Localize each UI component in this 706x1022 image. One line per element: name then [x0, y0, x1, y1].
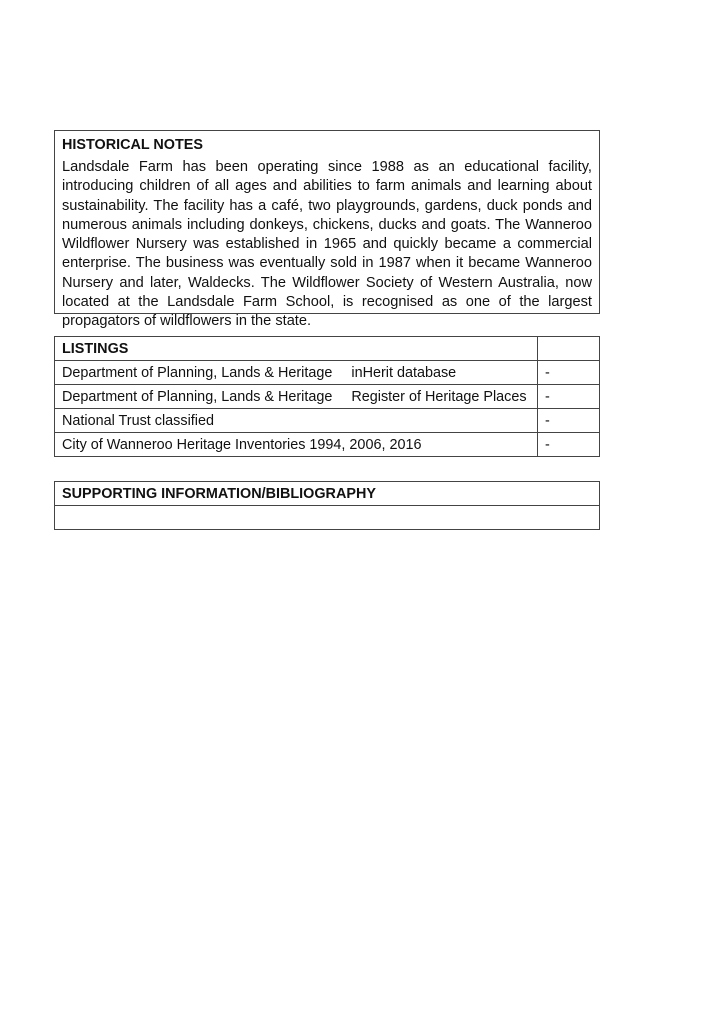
- listing-value: -: [538, 361, 600, 385]
- listings-header-value: [538, 337, 600, 361]
- listing-label: Department of Planning, Lands & Heritage: [62, 389, 332, 405]
- supporting-table: SUPPORTING INFORMATION/BIBLIOGRAPHY: [54, 481, 600, 530]
- listing-label: City of Wanneroo Heritage Inventories 19…: [62, 437, 421, 453]
- historical-notes-heading: HISTORICAL NOTES: [62, 134, 592, 156]
- historical-notes-text: Landsdale Farm has been operating since …: [62, 158, 592, 332]
- listings-table: LISTINGS Department of Planning, Lands &…: [54, 336, 600, 457]
- listing-sub: inHerit database: [351, 365, 456, 381]
- supporting-header-row: SUPPORTING INFORMATION/BIBLIOGRAPHY: [55, 482, 600, 506]
- table-row: Department of Planning, Lands & Heritage…: [55, 361, 600, 385]
- listings-section: LISTINGS Department of Planning, Lands &…: [54, 336, 600, 457]
- listing-value: -: [538, 433, 600, 457]
- table-row: City of Wanneroo Heritage Inventories 19…: [55, 433, 600, 457]
- table-row: National Trust classified -: [55, 409, 600, 433]
- listing-label-cell: National Trust classified: [55, 409, 538, 433]
- supporting-content-row: [55, 506, 600, 530]
- listing-value: -: [538, 385, 600, 409]
- listing-sub: Register of Heritage Places: [351, 389, 526, 405]
- historical-notes-section: HISTORICAL NOTES Landsdale Farm has been…: [54, 130, 600, 314]
- supporting-content: [55, 506, 600, 530]
- listing-label: Department of Planning, Lands & Heritage: [62, 365, 332, 381]
- listings-heading: LISTINGS: [55, 337, 538, 361]
- listing-label-cell: City of Wanneroo Heritage Inventories 19…: [55, 433, 538, 457]
- supporting-information-section: SUPPORTING INFORMATION/BIBLIOGRAPHY: [54, 481, 600, 530]
- listing-label: National Trust classified: [62, 413, 214, 429]
- listing-value: -: [538, 409, 600, 433]
- supporting-heading: SUPPORTING INFORMATION/BIBLIOGRAPHY: [55, 482, 600, 506]
- table-row: Department of Planning, Lands & Heritage…: [55, 385, 600, 409]
- listings-header-row: LISTINGS: [55, 337, 600, 361]
- listing-label-cell: Department of Planning, Lands & Heritage…: [55, 361, 538, 385]
- listing-label-cell: Department of Planning, Lands & Heritage…: [55, 385, 538, 409]
